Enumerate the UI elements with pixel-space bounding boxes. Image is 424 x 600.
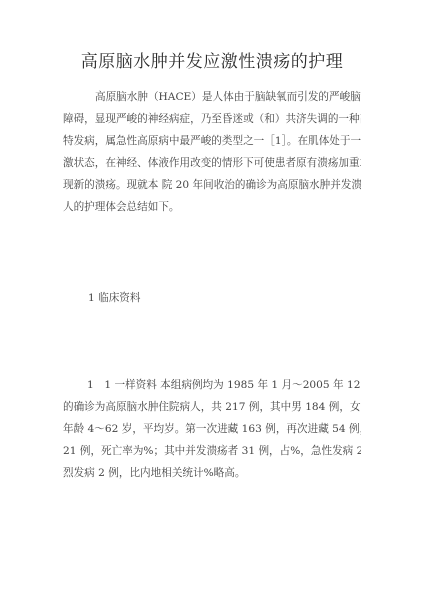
intro-paragraph: 高原脑水肿（HACE）是人体由于脑缺氧而引发的严峻脑功能 障碍，显现严峻的神经病… (63, 86, 361, 218)
paragraph-line: 障碍，显现严峻的神经病症，乃至昏迷或（和）共济失调的一种高原 (63, 108, 361, 130)
document-page: 高原脑水肿并发应激性溃疡的护理 高原脑水肿（HACE）是人体由于脑缺氧而引发的严… (0, 0, 424, 600)
clinical-data-paragraph: 1 1 一样资料 本组病例均为 1985 年 1 月～2005 年 12 月收治… (63, 374, 361, 484)
paragraph-line: 高原脑水肿（HACE）是人体由于脑缺氧而引发的严峻脑功能 (63, 86, 361, 108)
paragraph-line: 特发病，属急性高原病中最严峻的类型之一［1］。在肌体处于一种应 (63, 130, 361, 152)
paragraph-line: 人的护理体会总结如下。 (63, 196, 361, 218)
paragraph-line: 现新的溃疡。现就本 院 20 年间收治的确诊为高原脑水肿并发溃疡病 (63, 174, 361, 196)
paragraph-line: 1 1 一样资料 本组病例均为 1985 年 1 月～2005 年 12 月收治 (63, 374, 361, 396)
paragraph-line: 烈发病 2 例，比内地相关统计%略高。 (63, 462, 361, 484)
paragraph-line: 的确诊为高原脑水肿住院病人，共 217 例，其中男 184 例，女 33 例； (63, 396, 361, 418)
section-heading: 1 临床资料 (88, 287, 140, 309)
document-title: 高原脑水肿并发应激性溃疡的护理 (0, 50, 424, 74)
paragraph-line: 激状态，在神经、体液作用改变的情形下可使患者原有溃疡加重或显 (63, 152, 361, 174)
paragraph-line: 21 例，死亡率为%；其中并发溃疡者 31 例，占%，急性发病 29 例，猛 (63, 440, 361, 462)
paragraph-line: 年龄 4～62 岁，平均岁。第一次进藏 163 例，再次进藏 54 例，死亡 (63, 418, 361, 440)
